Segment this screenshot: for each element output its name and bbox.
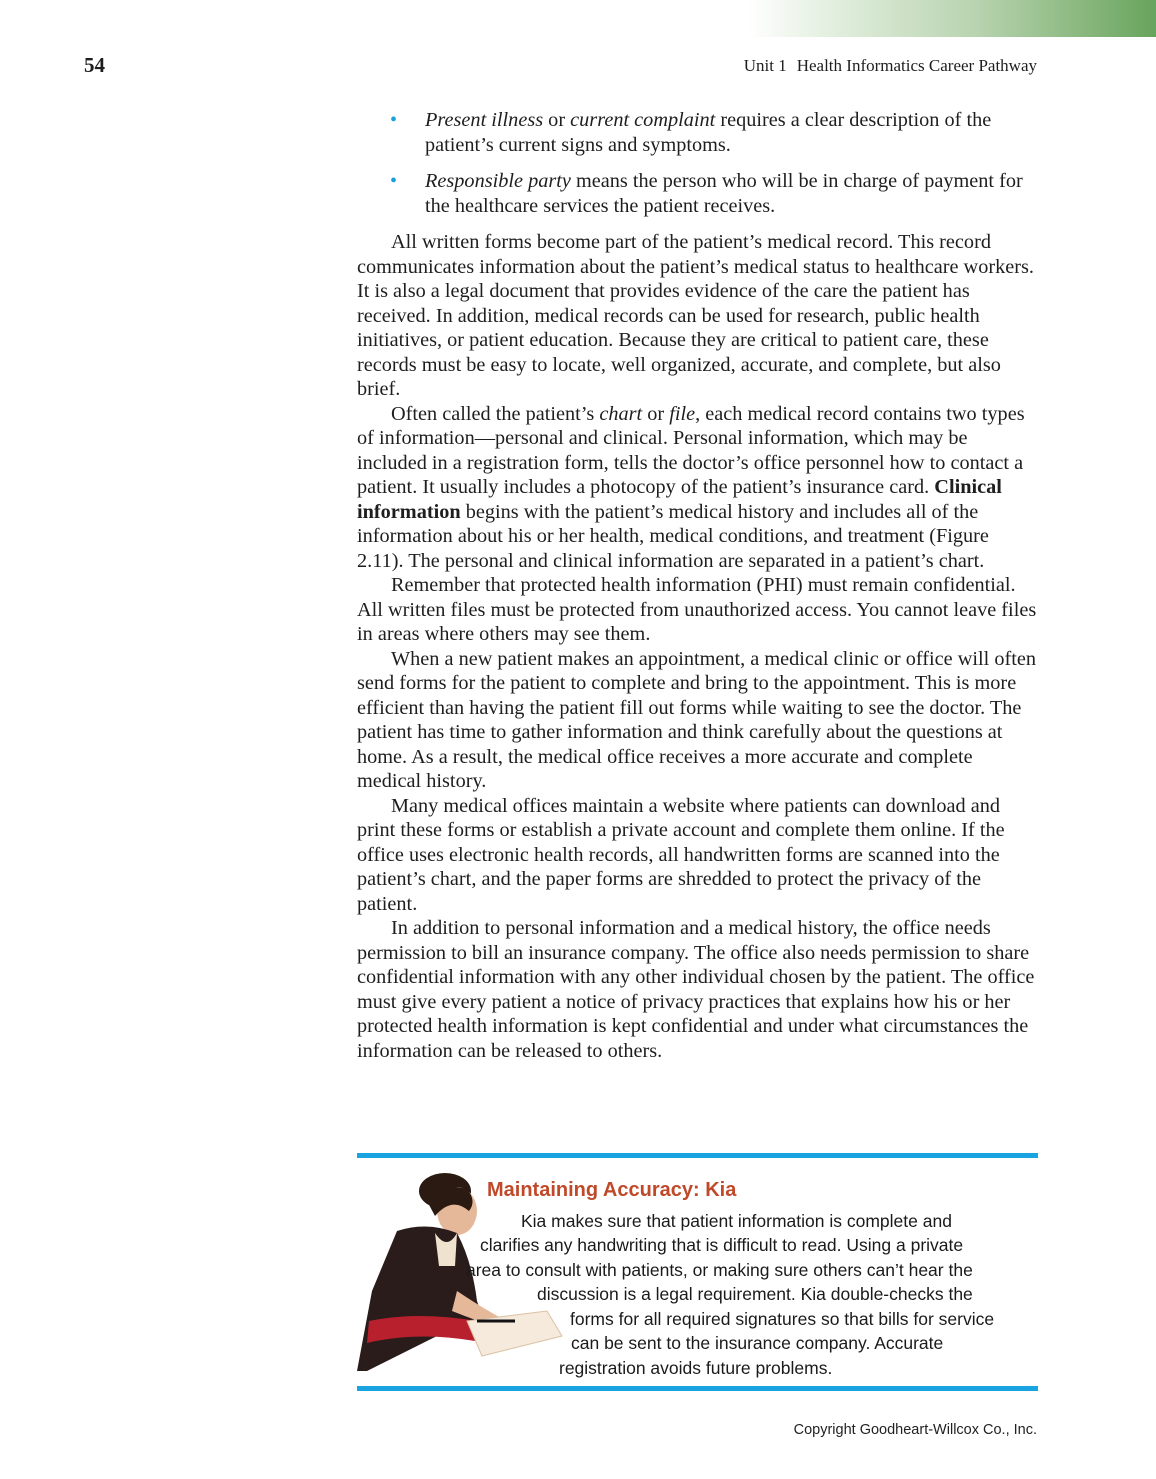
paragraph: When a new patient makes an appointment,… bbox=[357, 647, 1040, 794]
term: Present illness bbox=[425, 109, 543, 131]
body-text: • Present illness or current complaint r… bbox=[357, 108, 1040, 1063]
feature-line: can be sent to the insurance company. Ac… bbox=[571, 1331, 943, 1356]
feature-box: Maintaining Accuracy: Kia Kia makes sure… bbox=[357, 1153, 1038, 1391]
paragraph: Remember that protected health informati… bbox=[357, 573, 1040, 647]
paragraph: In addition to personal information and … bbox=[357, 916, 1040, 1063]
running-head: Unit 1Health Informatics Career Pathway bbox=[744, 56, 1037, 76]
term: current complaint bbox=[570, 109, 715, 131]
bullet-icon: • bbox=[390, 108, 397, 133]
bullet-item: • Present illness or current complaint r… bbox=[357, 108, 1040, 157]
header-color-tab bbox=[748, 0, 1156, 37]
bullet-icon: • bbox=[390, 169, 397, 194]
bullet-item: • Responsible party means the person who… bbox=[357, 169, 1040, 218]
divider bbox=[357, 1153, 1038, 1158]
paragraph: Many medical offices maintain a website … bbox=[357, 794, 1040, 917]
copyright-notice: Copyright Goodheart-Willcox Co., Inc. bbox=[794, 1422, 1037, 1438]
paragraph: All written forms become part of the pat… bbox=[357, 230, 1040, 402]
feature-line: area to consult with patients, or making… bbox=[466, 1258, 973, 1283]
divider bbox=[357, 1386, 1038, 1391]
feature-line: discussion is a legal requirement. Kia d… bbox=[537, 1282, 973, 1307]
feature-line: registration avoids future problems. bbox=[559, 1356, 832, 1381]
chapter-title: Health Informatics Career Pathway bbox=[797, 56, 1037, 75]
term: Responsible party bbox=[425, 170, 571, 192]
feature-line: forms for all required signatures so tha… bbox=[570, 1307, 994, 1332]
feature-title: Maintaining Accuracy: Kia bbox=[487, 1179, 736, 1202]
unit-label: Unit 1 bbox=[744, 56, 787, 75]
feature-line: clarifies any handwriting that is diffic… bbox=[480, 1233, 963, 1258]
feature-line: Kia makes sure that patient information … bbox=[521, 1209, 952, 1234]
page-number: 54 bbox=[84, 53, 105, 78]
paragraph: Often called the patient’s chart or file… bbox=[357, 402, 1040, 574]
